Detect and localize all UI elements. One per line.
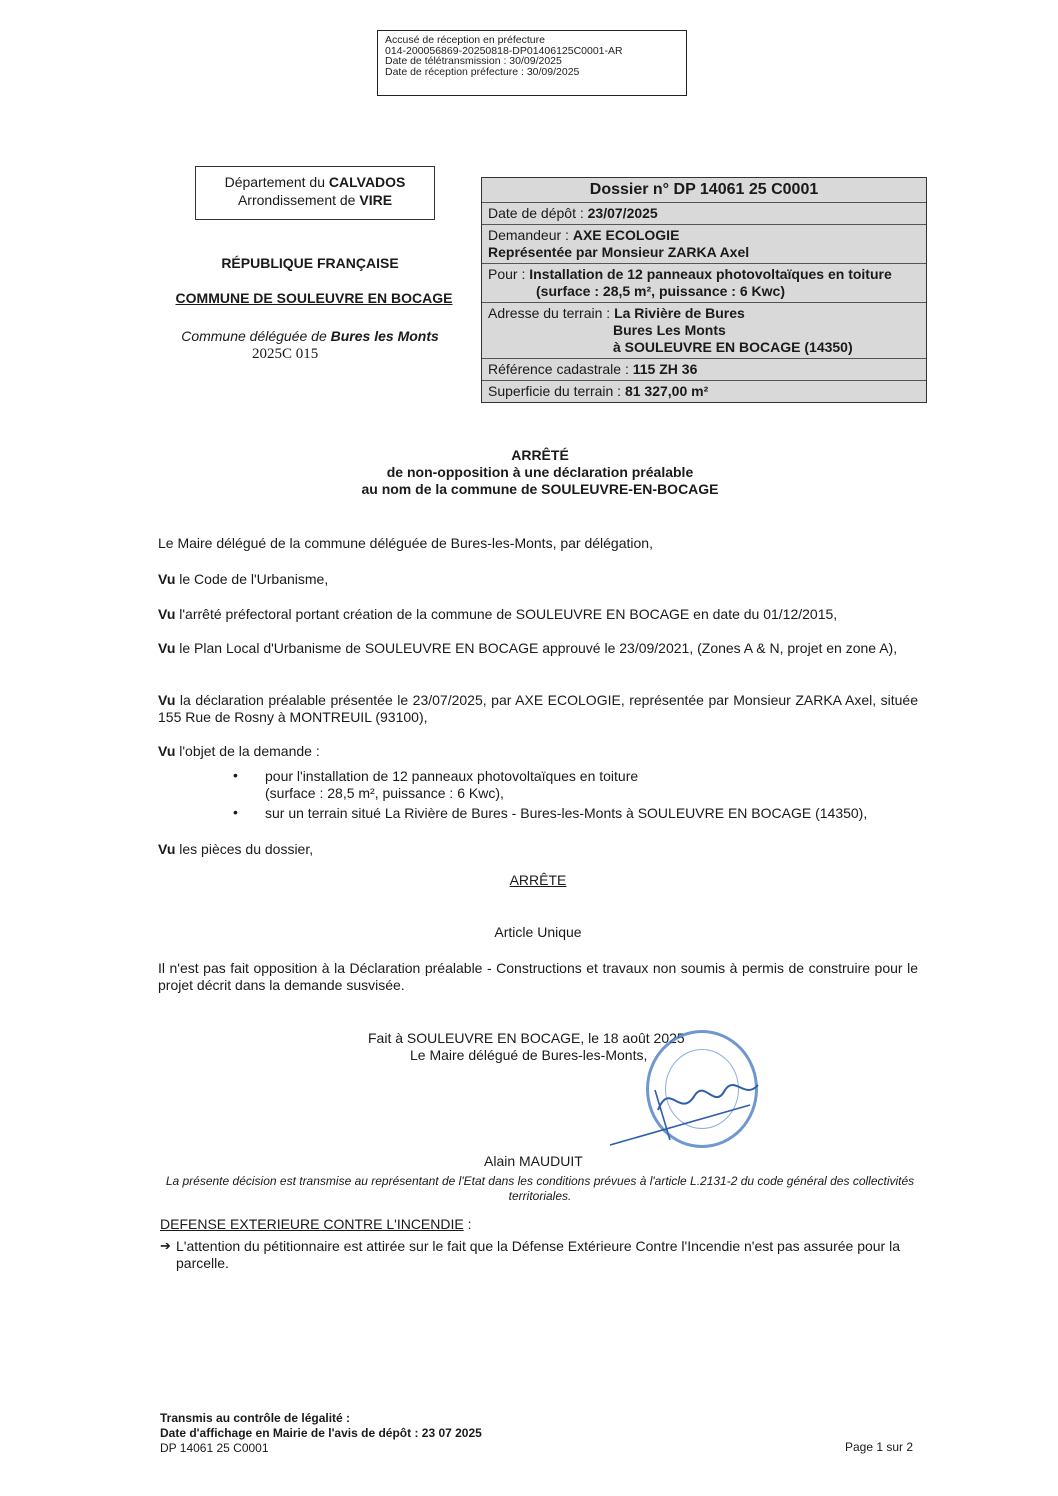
value: La Rivière de Bures — [614, 305, 745, 321]
transmission-notice: La présente décision est transmise au re… — [165, 1174, 915, 1204]
label: Pour : — [488, 266, 529, 282]
republique-heading: RÉPUBLIQUE FRANÇAISE — [160, 255, 460, 271]
departement-prefix: Département du — [225, 174, 329, 190]
arrete-title-line: au nom de la commune de SOULEUVRE-EN-BOC… — [230, 481, 850, 498]
arrete-title: ARRÊTÉ de non-opposition à une déclarati… — [230, 447, 850, 498]
signatory-name: Alain MAUDUIT — [484, 1153, 583, 1169]
vu-text: la déclaration préalable présentée le 23… — [158, 692, 918, 725]
arrete-reference: 2025C 015 — [252, 346, 318, 363]
vu-declaration: Vu la déclaration préalable présentée le… — [158, 692, 918, 726]
ar-line: Accusé de réception en préfecture — [385, 35, 686, 46]
dossier-cadastre: Référence cadastrale : 115 ZH 36 — [482, 358, 926, 380]
value: 81 327,00 m² — [625, 383, 708, 399]
footer: Transmis au contrôle de légalité : Date … — [160, 1411, 482, 1456]
dossier-table: Dossier n° DP 14061 25 C0001 Date de dép… — [481, 177, 927, 403]
page-number: Page 1 sur 2 — [845, 1440, 913, 1454]
label: Référence cadastrale : — [488, 361, 633, 377]
vu-label: Vu — [158, 571, 175, 587]
bullet-item: sur un terrain situé La Rivière de Bures… — [265, 805, 925, 822]
departement-box: Département du CALVADOS Arrondissement d… — [195, 166, 435, 220]
commune-deleguee: Commune déléguée de Bures les Monts — [160, 328, 460, 344]
defense-heading-text: DEFENSE EXTERIEURE CONTRE L'INCENDIE — [160, 1216, 464, 1232]
deleguee-name: Bures les Monts — [331, 328, 439, 344]
label: Adresse du terrain : — [488, 305, 614, 321]
value-line2: Bures Les Monts — [488, 322, 920, 339]
arrete-title-line: ARRÊTÉ — [230, 447, 850, 464]
vu-label: Vu — [158, 841, 175, 857]
vu-label: Vu — [158, 743, 175, 759]
article-heading: Article Unique — [158, 924, 918, 941]
dossier-date-depot: Date de dépôt : 23/07/2025 — [482, 202, 926, 224]
vu-text: les pièces du dossier, — [175, 841, 313, 857]
value: Installation de 12 panneaux photovoltaïq… — [529, 266, 892, 282]
footer-line: Date d'affichage en Mairie de l'avis de … — [160, 1426, 482, 1441]
bullet-dot: • — [233, 804, 238, 820]
defense-text: L'attention du pétitionnaire est attirée… — [176, 1238, 924, 1272]
arrow-icon: ➔ — [160, 1238, 171, 1254]
defense-heading: DEFENSE EXTERIEURE CONTRE L'INCENDIE : — [160, 1216, 472, 1232]
representant: Représentée par Monsieur ZARKA Axel — [488, 244, 749, 260]
vu-label: Vu — [158, 606, 175, 622]
bullet-item-cont: (surface : 28,5 m², puissance : 6 Kwc), — [265, 785, 915, 802]
dossier-adresse: Adresse du terrain : La Rivière de Bures… — [482, 302, 926, 358]
ar-line: Date de réception préfecture : 30/09/202… — [385, 67, 686, 78]
dossier-pour: Pour : Installation de 12 panneaux photo… — [482, 263, 926, 302]
label: Date de dépôt : — [488, 205, 588, 221]
arrondissement-prefix: Arrondissement de — [238, 192, 359, 208]
ar-line: Date de télétransmission : 30/09/2025 — [385, 56, 686, 67]
label: Superficie du terrain : — [488, 383, 625, 399]
bullet-dot: • — [233, 767, 238, 783]
dossier-superficie: Superficie du terrain : 81 327,00 m² — [482, 380, 926, 402]
vu-objet: Vu l'objet de la demande : — [158, 743, 918, 760]
arrondissement-name: VIRE — [359, 192, 392, 208]
intro-paragraph: Le Maire délégué de la commune déléguée … — [158, 535, 918, 552]
value: 23/07/2025 — [588, 205, 658, 221]
arrete-title-line: de non-opposition à une déclaration préa… — [230, 464, 850, 481]
vu-text: l'arrêté préfectoral portant création de… — [175, 606, 837, 622]
signature-mark — [600, 1040, 770, 1150]
vu-code-urbanisme: Vu le Code de l'Urbanisme, — [158, 571, 918, 588]
vu-text: l'objet de la demande : — [175, 743, 319, 759]
commune-heading: COMMUNE DE SOULEUVRE EN BOCAGE — [160, 290, 468, 306]
vu-label: Vu — [158, 640, 175, 656]
value: 115 ZH 36 — [633, 361, 698, 377]
departement-name: CALVADOS — [329, 174, 405, 190]
label: Demandeur : — [488, 227, 573, 243]
vu-pieces: Vu les pièces du dossier, — [158, 841, 918, 858]
dossier-title: Dossier n° DP 14061 25 C0001 — [482, 178, 926, 202]
accuse-reception-box: Accusé de réception en préfecture 014-20… — [377, 30, 687, 96]
value-line2: (surface : 28,5 m², puissance : 6 Kwc) — [488, 283, 920, 300]
footer-line: Transmis au contrôle de légalité : — [160, 1411, 482, 1426]
arrete-heading: ARRÊTE — [158, 872, 918, 889]
vu-arrete-prefectoral: Vu l'arrêté préfectoral portant création… — [158, 606, 918, 623]
vu-text: le Code de l'Urbanisme, — [175, 571, 328, 587]
bullet-item: pour l'installation de 12 panneaux photo… — [265, 768, 915, 785]
dossier-demandeur: Demandeur : AXE ECOLOGIE Représentée par… — [482, 224, 926, 263]
value-line3: à SOULEUVRE EN BOCAGE (14350) — [488, 339, 920, 356]
defense-heading-suffix: : — [464, 1216, 472, 1232]
footer-line: DP 14061 25 C0001 — [160, 1441, 482, 1456]
value: AXE ECOLOGIE — [573, 227, 680, 243]
deleguee-prefix: Commune déléguée de — [181, 328, 330, 344]
vu-plu: Vu le Plan Local d'Urbanisme de SOULEUVR… — [158, 640, 918, 657]
vu-label: Vu — [158, 692, 175, 708]
article-text: Il n'est pas fait opposition à la Déclar… — [158, 960, 918, 994]
vu-text: le Plan Local d'Urbanisme de SOULEUVRE E… — [175, 640, 897, 656]
